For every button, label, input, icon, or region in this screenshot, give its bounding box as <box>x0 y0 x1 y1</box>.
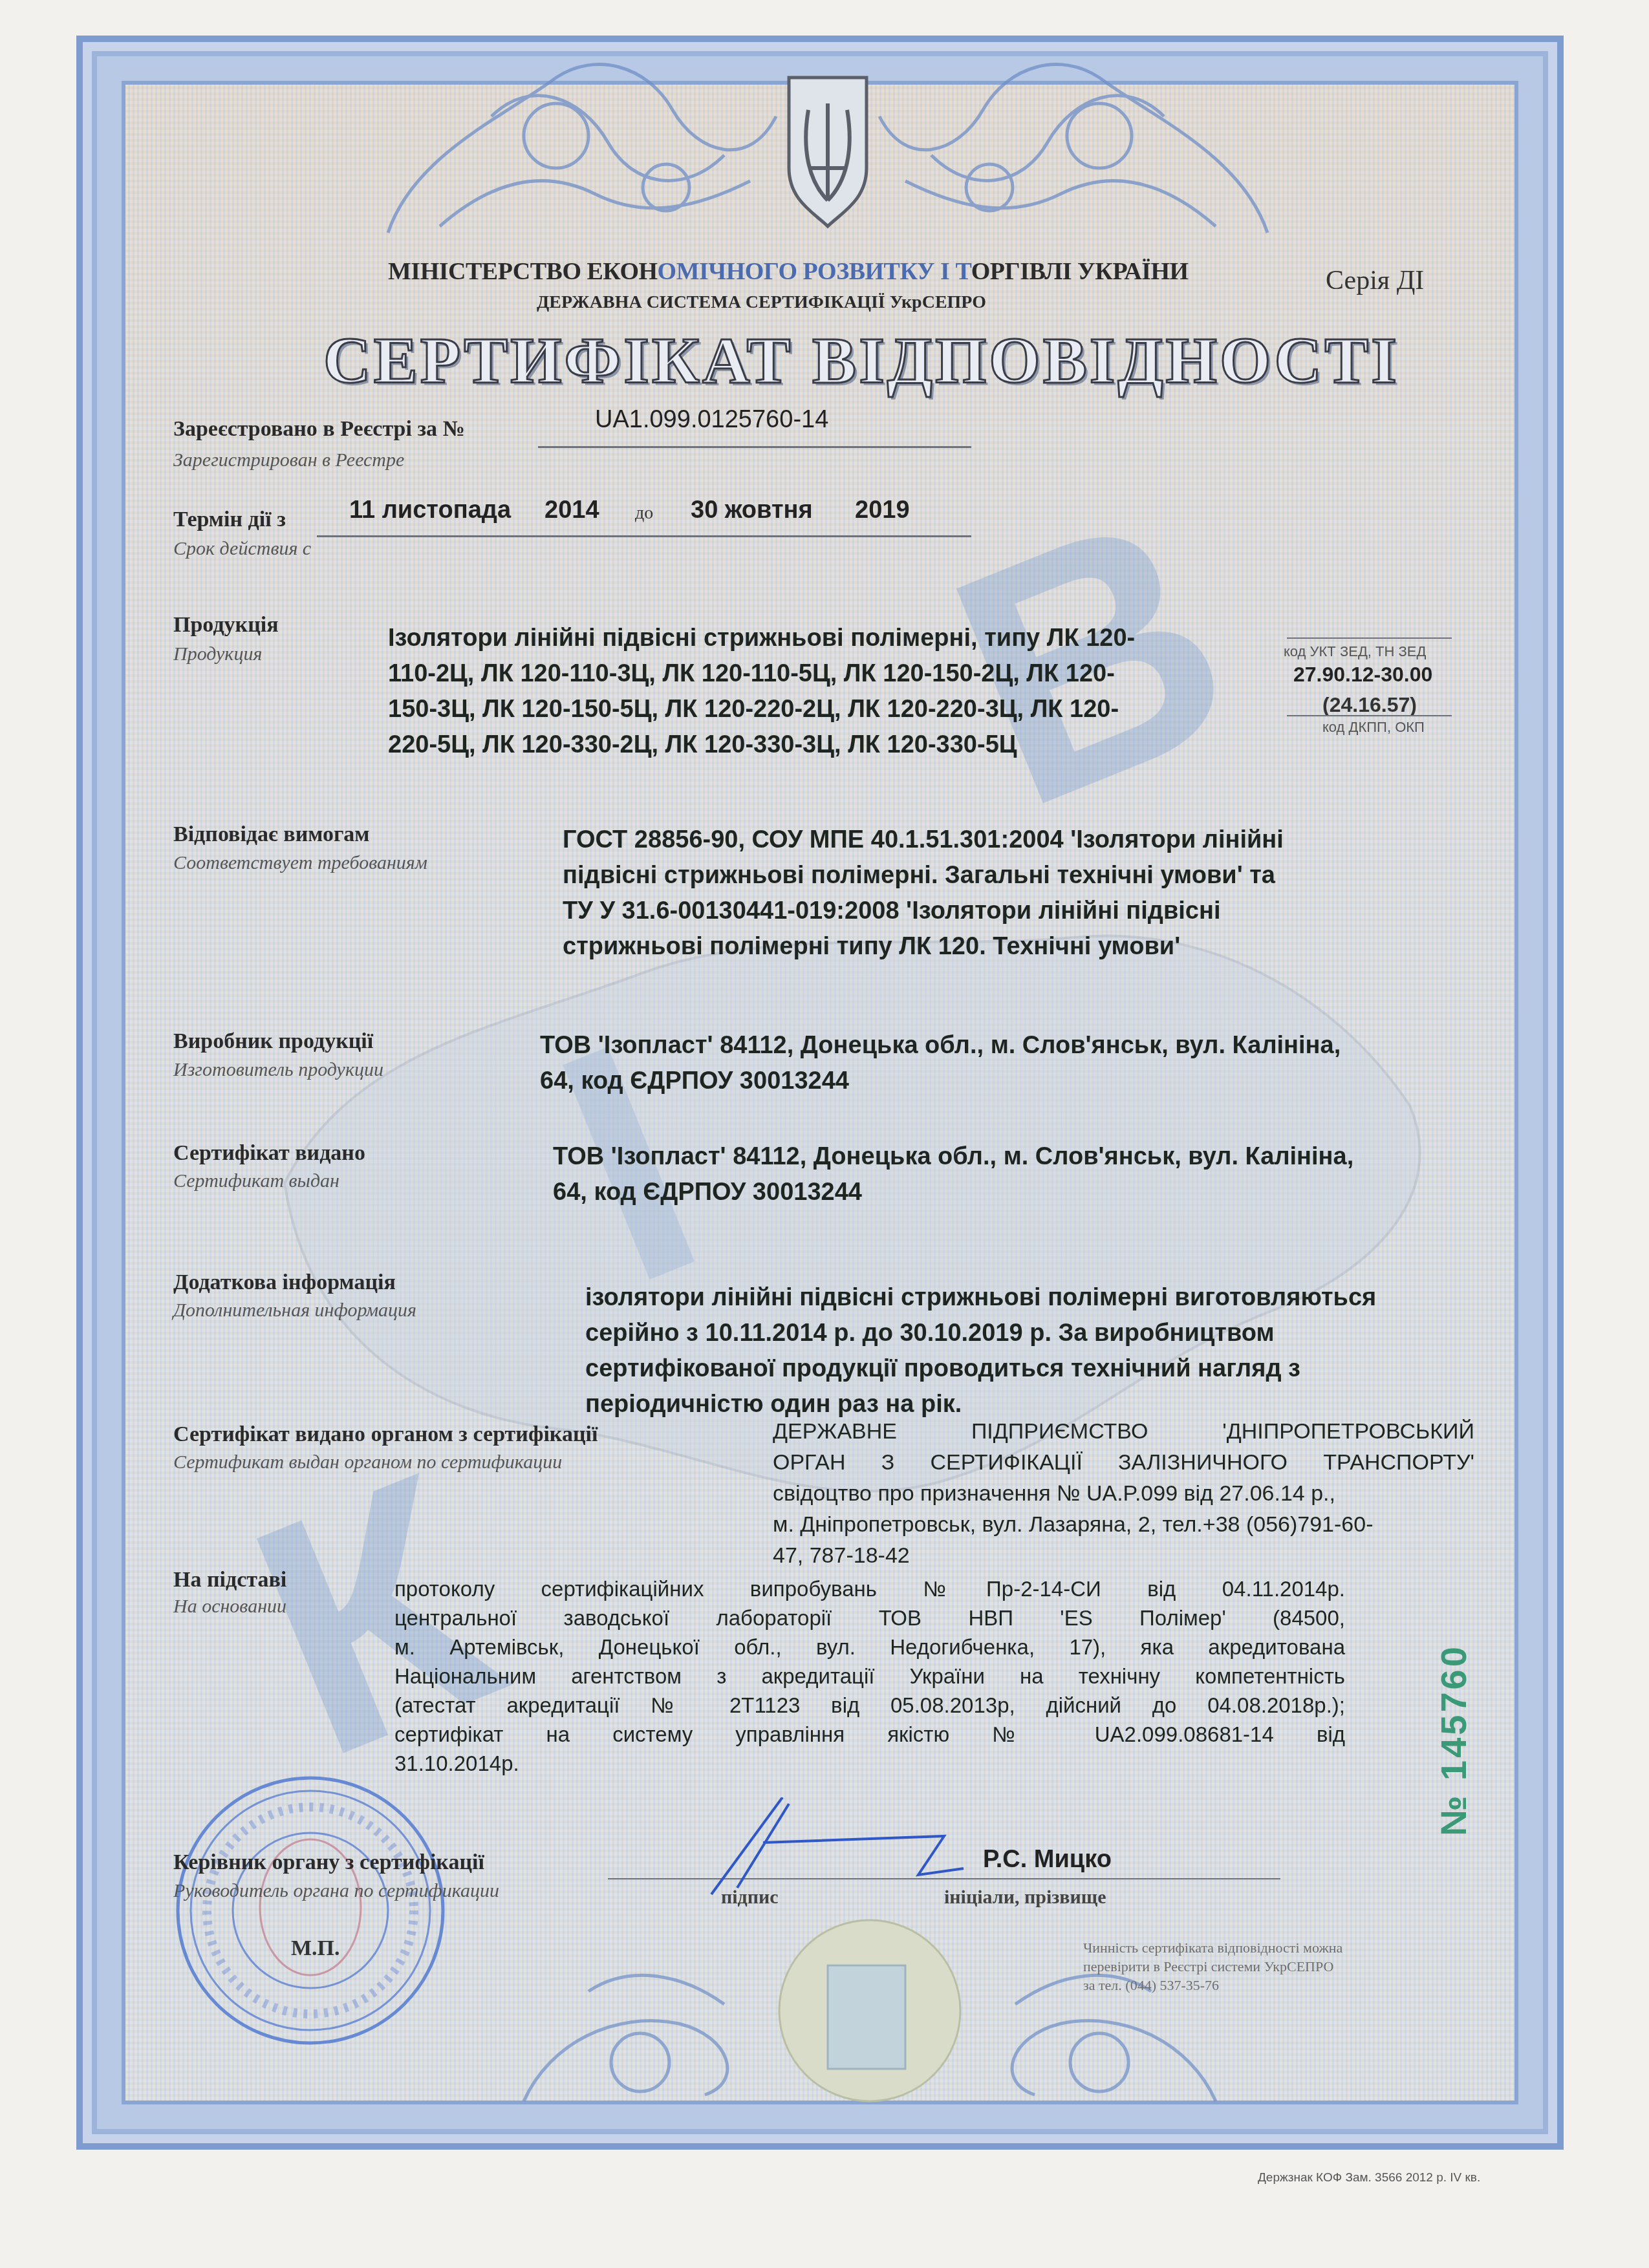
valid-from-year: 2014 <box>544 497 599 524</box>
requirements-label-ru: Соответствует требованиям <box>173 852 427 874</box>
code-uktzed-value: 27.90.12-30.00 <box>1293 663 1432 687</box>
certification-system-name: ДЕРЖАВНА СИСТЕМА СЕРТИФІКАЦІЇ УкрСЕПРО <box>537 292 986 313</box>
issuing-body-label-ru: Сертификат выдан органом по сертификации <box>173 1451 562 1473</box>
issuing-body-label: Сертифікат видано органом з сертифікації <box>173 1422 598 1447</box>
requirements-text: ГОСТ 28856-90, СОУ МПЕ 40.1.51.301:2004 … <box>563 822 1406 965</box>
additional-info-text: ізолятори лінійні підвісні стрижньові по… <box>585 1280 1432 1422</box>
printer-note: Держзнак КОФ Зам. 3566 2012 р. IV кв. <box>1258 2171 1480 2185</box>
to-word: до <box>635 503 653 524</box>
requirements-label: Відповідає вимогам <box>173 822 370 847</box>
validity-label: Термін дії з <box>173 508 286 532</box>
head-of-body-label: Керівник органу з сертифікації <box>173 1850 484 1875</box>
product-description: Ізолятори лінійні підвісні стрижньові по… <box>388 621 1229 763</box>
registration-label-ru: Зарегистрирован в Реестре <box>173 449 404 471</box>
signature-caption: підпис <box>721 1887 779 1909</box>
valid-from-date: 11 листопада <box>349 497 511 524</box>
head-of-body-label-ru: Руководитель органа по сертификации <box>173 1880 499 1902</box>
additional-info-label: Додаткова інформація <box>173 1270 396 1295</box>
manufacturer-text: ТОВ 'Ізопласт' 84112, Донецька обл., м. … <box>540 1028 1445 1099</box>
manufacturer-label: Виробник продукції <box>173 1029 373 1054</box>
manufacturer-label-ru: Изготовитель продукции <box>173 1059 383 1081</box>
valid-to-year: 2019 <box>855 497 910 524</box>
underline <box>317 535 971 537</box>
trident-coat-of-arms-icon <box>789 78 867 226</box>
verification-note: Чинність сертифіката відповідності можна… <box>1083 1938 1342 1995</box>
blank-serial-number: № 145760 <box>1432 1644 1474 1836</box>
certification-body-stamp <box>171 1771 449 2049</box>
issued-to-text: ТОВ 'Ізопласт' 84112, Донецька обл., м. … <box>553 1139 1458 1210</box>
issued-to-label-ru: Сертификат выдан <box>173 1170 339 1192</box>
code-dkpp-label: код ДКПП, ОКП <box>1322 719 1425 736</box>
code-uktzed-label: код УКТ ЗЕД, ТН ЗЕД <box>1284 643 1426 660</box>
underline <box>538 446 971 448</box>
product-label: Продукція <box>173 613 279 637</box>
name-caption: ініціали, прізвище <box>944 1887 1106 1909</box>
registration-label: Зареєстровано в Реєстрі за № <box>173 417 465 442</box>
valid-to-date: 30 жовтня <box>691 497 813 524</box>
top-ornament <box>362 39 1293 239</box>
issuing-body-text: ДЕРЖАВНЕ ПІДПРИЄМСТВО 'ДНІПРОПЕТРОВСЬКИЙ… <box>773 1416 1474 1571</box>
additional-info-label-ru: Дополнительная информация <box>173 1300 416 1321</box>
seal-place: М.П. <box>291 1936 340 1961</box>
basis-text: протоколу сертифікаційних випробувань №П… <box>394 1574 1345 1778</box>
underline <box>1287 715 1452 716</box>
basis-label-ru: На основании <box>173 1596 286 1618</box>
basis-label: На підставі <box>173 1568 286 1592</box>
issued-to-label: Сертифікат видано <box>173 1141 365 1166</box>
product-label-ru: Продукция <box>173 643 262 665</box>
code-dkpp-value: (24.16.57) <box>1322 693 1417 717</box>
series-label: Серія ДІ <box>1326 265 1424 296</box>
hologram-icon <box>779 1920 960 2101</box>
signatory-name: Р.С. Мицко <box>983 1846 1112 1874</box>
document-title: СЕРТИФІКАТ ВІДПОВІДНОСТІ <box>323 323 1399 399</box>
validity-label-ru: Срок действия с <box>173 538 311 560</box>
ministry-name: МІНІСТЕРСТВО ЕКОНОМІЧНОГО РОЗВИТКУ І ТОР… <box>388 257 1189 286</box>
registration-number: UA1.099.0125760-14 <box>595 406 828 434</box>
underline <box>1287 637 1452 639</box>
